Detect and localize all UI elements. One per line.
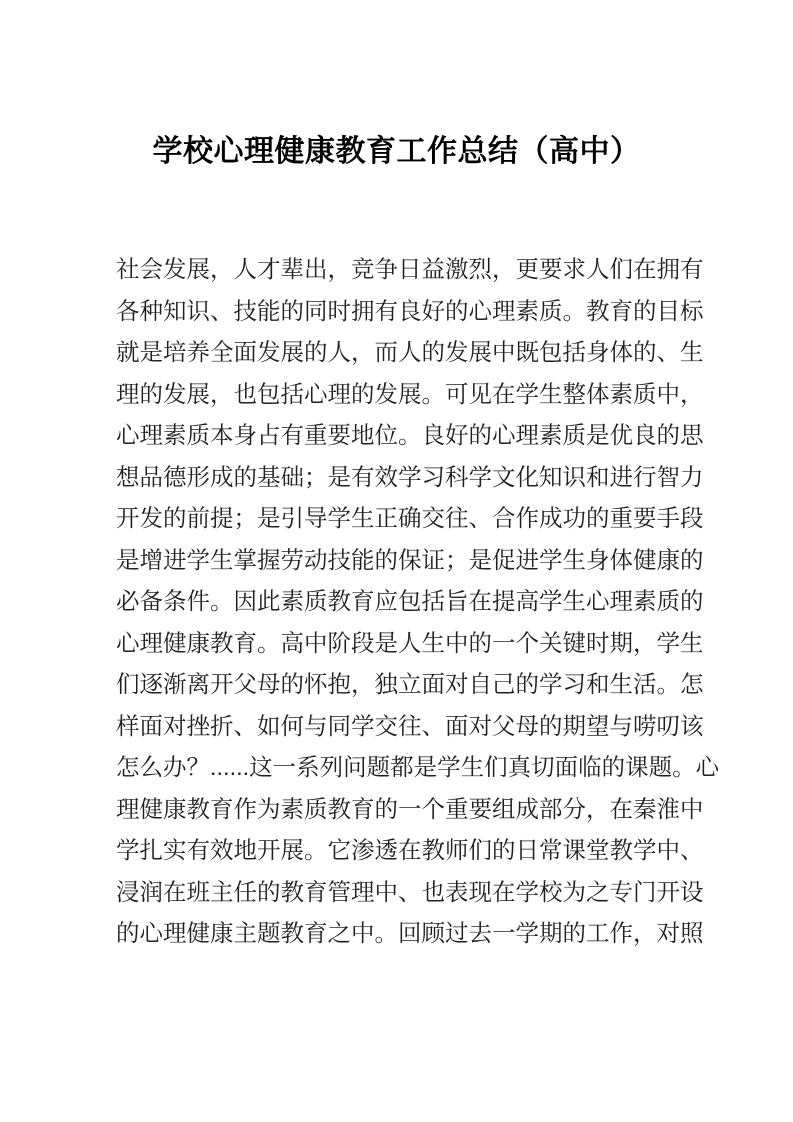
paragraph-line: 就是培养全面发展的人，而人的发展中既包括身体的、生 — [116, 332, 696, 374]
paragraph-line: 怎么办？......这一系列问题都是学生们真切面临的课题。心 — [116, 747, 696, 789]
document-page: 学校心理健康教育工作总结（高中） 社会发展，人才辈出，竞争日益激烈，更要求人们在… — [0, 0, 793, 1122]
document-body-paragraph: 社会发展，人才辈出，竞争日益激烈，更要求人们在拥有各种知识、技能的同时拥有良好的… — [116, 249, 696, 955]
paragraph-line: 学扎实有效地开展。它渗透在教师们的日常课堂教学中、 — [116, 830, 696, 872]
paragraph-line: 想品德形成的基础；是有效学习科学文化知识和进行智力 — [116, 457, 696, 499]
paragraph-line: 必备条件。因此素质教育应包括旨在提高学生心理素质的 — [116, 581, 696, 623]
paragraph-line: 社会发展，人才辈出，竞争日益激烈，更要求人们在拥有 — [116, 249, 696, 291]
paragraph-line: 是增进学生掌握劳动技能的保证；是促进学生身体健康的 — [116, 540, 696, 582]
paragraph-line: 心理健康教育。高中阶段是人生中的一个关键时期，学生 — [116, 623, 696, 665]
paragraph-line: 浸润在班主任的教育管理中、也表现在学校为之专门开设 — [116, 872, 696, 914]
paragraph-line: 的心理健康主题教育之中。回顾过去一学期的工作，对照 — [116, 913, 696, 955]
paragraph-line: 开发的前提；是引导学生正确交往、合作成功的重要手段 — [116, 498, 696, 540]
paragraph-line: 们逐渐离开父母的怀抱，独立面对自己的学习和生活。怎 — [116, 664, 696, 706]
paragraph-line: 各种知识、技能的同时拥有良好的心理素质。教育的目标 — [116, 291, 696, 333]
paragraph-line: 心理素质本身占有重要地位。良好的心理素质是优良的思 — [116, 415, 696, 457]
paragraph-line: 样面对挫折、如何与同学交往、面对父母的期望与唠叨该 — [116, 706, 696, 748]
paragraph-line: 理的发展，也包括心理的发展。可见在学生整体素质中， — [116, 374, 696, 416]
paragraph-line: 理健康教育作为素质教育的一个重要组成部分，在秦淮中 — [116, 789, 696, 831]
document-title: 学校心理健康教育工作总结（高中） — [0, 126, 793, 170]
